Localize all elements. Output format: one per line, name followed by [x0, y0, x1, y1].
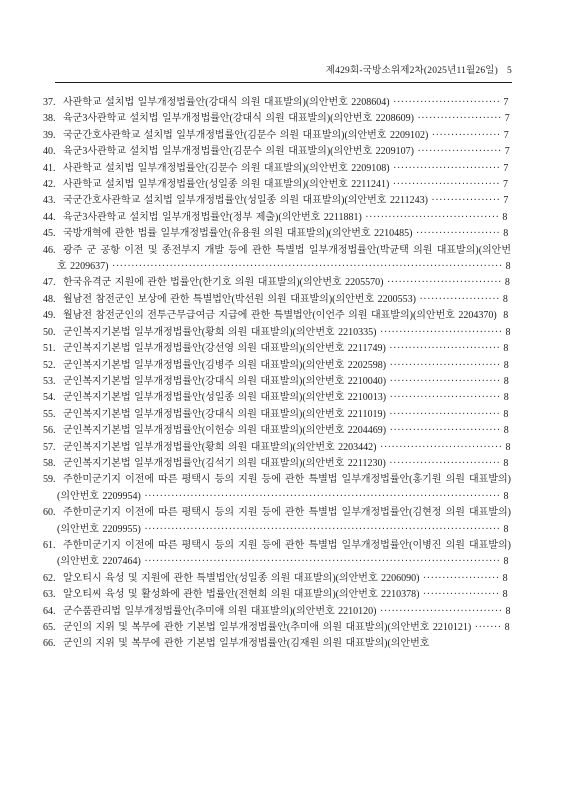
dot-leader: ···························· [393, 163, 500, 174]
toc-entry: 60.주한미군기지 이전에 따른 평택시 등의 지원 등에 관한 특별법 일부개… [43, 505, 511, 538]
toc-entry: 66.군인의 지위 및 복무에 관한 기본법 일부개정법률안(김재원 의원 대표… [43, 636, 511, 652]
entry-page-number: 7 [500, 195, 508, 206]
entry-title: 군인복지기본법 일부개정법률안(강대식 의원 대표발의)(의안번호 221101… [63, 409, 386, 420]
toc-entry: 63.알오티씨 육성 및 활성화에 관한 법률안(전현희 의원 대표발의)(의안… [43, 587, 511, 603]
toc-entry: 40.육군3사관학교 설치법 일부개정법률안(김문수 의원 대표발의)(의안번호… [43, 144, 511, 160]
entry-page-number: 8 [500, 458, 508, 469]
header-session-info: 제429회-국방소위제2차(2025년11월26일) [326, 66, 498, 76]
entry-page-number: 7 [500, 97, 508, 108]
entry-page-number: 7 [502, 113, 510, 124]
entry-page-number: 8 [503, 327, 511, 338]
entry-number: 52. [43, 358, 63, 374]
entry-page-number: 8 [501, 360, 509, 371]
dot-leader: ····························· [390, 392, 501, 403]
entry-page-number: 7 [502, 146, 510, 157]
toc-entry: 47.한국유격군 지원에 관한 법률안(한기호 의원 대표발의)(의안번호 22… [43, 275, 511, 291]
toc-entry: 59.주한미군기지 이전에 따른 평택시 등의 지원 등에 관한 특별법 일부개… [43, 472, 511, 505]
entry-number: 48. [43, 292, 63, 308]
toc-entry: 46.광주 군 공항 이전 및 종전부지 개발 등에 관한 특별법 일부개정법률… [43, 243, 511, 276]
entry-title: 군인의 지위 및 복무에 관한 기본법 일부개정법률안(추미애 의원 대표발의)… [63, 622, 471, 633]
dot-leader: ····························· [389, 343, 500, 354]
dot-leader: ····························· [390, 376, 501, 387]
dot-leader: ····························· [390, 425, 501, 436]
toc-entry: 44.육군3사관학교 설치법 일부개정법률안(정부 제출)(의안번호 22118… [43, 210, 511, 226]
dot-leader: ········································… [112, 261, 503, 272]
entry-number: 65. [43, 620, 63, 636]
entry-number: 56. [43, 423, 63, 439]
entry-title: 군인복지기본법 일부개정법률안(성일종 의원 대표발의)(의안번호 221001… [63, 392, 386, 403]
entry-page-number: 8 [499, 212, 507, 223]
entry-number: 42. [43, 177, 63, 193]
toc-entry: 45.국방개혁에 관한 법률 일부개정법률안(유용원 의원 대표발의)(의안번호… [43, 226, 511, 242]
entry-title: 한국유격군 지원에 관한 법률안(한기호 의원 대표발의)(의안번호 22055… [63, 277, 383, 288]
entry-number: 45. [43, 226, 63, 242]
dot-leader: ······· [475, 622, 502, 633]
entry-number: 66. [43, 636, 63, 652]
entry-page-number: 7 [501, 130, 509, 141]
entry-title: 월남전 참전군인 보상에 관한 특별법안(박선원 의원 대표발의)(의안번호 2… [63, 294, 416, 305]
entry-number: 47. [43, 275, 63, 291]
entry-number: 64. [43, 604, 63, 620]
dot-leader: ····························· [389, 409, 500, 420]
entry-number: 60. [43, 505, 63, 521]
entry-title: 국군간호사관학교 설치법 일부개정법률안(김문수 의원 대표발의)(의안번호 2… [63, 130, 428, 141]
toc-entry: 38.육군3사관학교 설치법 일부개정법률안(강대식 의원 대표발의)(의안번호… [43, 111, 511, 127]
toc-entry: 55.군인복지기본법 일부개정법률안(강대식 의원 대표발의)(의안번호 221… [43, 407, 511, 423]
entry-title: 알오티씨 육성 및 활성화에 관한 법률안(전현희 의원 대표발의)(의안번호 … [63, 589, 419, 600]
entry-title: 군인복지기본법 일부개정법률안(김병주 의원 대표발의)(의안번호 220259… [63, 360, 386, 371]
entry-page-number: 8 [500, 310, 508, 321]
entry-number: 50. [43, 325, 63, 341]
entry-page-number: 8 [502, 277, 510, 288]
toc-entry: 51.군인복지기본법 일부개정법률안(강선영 의원 대표발의)(의안번호 221… [43, 341, 511, 357]
entry-page-number: 8 [503, 606, 511, 617]
entry-title: 사관학교 설치법 일부개정법률안(김문수 의원 대표발의)(의안번호 22091… [63, 163, 390, 174]
entry-page-number: 8 [501, 556, 509, 567]
entry-page-number: 8 [500, 589, 508, 600]
entry-title: 군인복지기본법 일부개정법률안(강대식 의원 대표발의)(의안번호 221004… [63, 376, 386, 387]
entry-title: 국방개혁에 관한 법률 일부개정법률안(유용원 의원 대표발의)(의안번호 22… [63, 228, 412, 239]
entry-number: 57. [43, 440, 63, 456]
entry-page-number: 8 [501, 524, 509, 535]
entry-page-number: 7 [500, 179, 508, 190]
entry-number: 41. [43, 161, 63, 177]
entry-number: 55. [43, 407, 63, 423]
entry-title: 군인복지기본법 일부개정법률안(황희 의원 대표발의)(의안번호 2203442… [63, 442, 376, 453]
entry-number: 46. [43, 243, 63, 259]
entry-page-number: 8 [500, 573, 508, 584]
toc-entry: 53.군인복지기본법 일부개정법률안(강대식 의원 대표발의)(의안번호 221… [43, 374, 511, 390]
entry-number: 38. [43, 111, 63, 127]
entry-title: 월남전 참전군인의 전투근무급여금 지급에 관한 특별법안(이언주 의원 대표발… [63, 310, 497, 321]
toc-entry: 41.사관학교 설치법 일부개정법률안(김문수 의원 대표발의)(의안번호 22… [43, 161, 511, 177]
toc-entry: 39.국군간호사관학교 설치법 일부개정법률안(김문수 의원 대표발의)(의안번… [43, 128, 511, 144]
dot-leader: ································ [380, 606, 503, 617]
entry-title: 사관학교 설치법 일부개정법률안(성일종 의원 대표발의)(의안번호 22112… [63, 179, 389, 190]
toc-entry: 61.주한미군기지 이전에 따른 평택시 등의 지원 등에 관한 특별법 일부개… [43, 538, 511, 571]
dot-leader: ······················ [417, 146, 501, 157]
dot-leader: ········································… [144, 491, 500, 502]
dot-leader: ···························· [393, 97, 500, 108]
dot-leader: ··································· [365, 212, 499, 223]
toc-entry: 65.군인의 지위 및 복무에 관한 기본법 일부개정법률안(추미애 의원 대표… [43, 620, 511, 636]
dot-leader: ······················ [416, 228, 500, 239]
toc-entry: 42.사관학교 설치법 일부개정법률안(성일종 의원 대표발의)(의안번호 22… [43, 177, 511, 193]
entry-title: 육군3사관학교 설치법 일부개정법률안(김문수 의원 대표발의)(의안번호 22… [63, 146, 414, 157]
entry-number: 62. [43, 571, 63, 587]
entry-number: 43. [43, 193, 63, 209]
entry-title: 육군3사관학교 설치법 일부개정법률안(강대식 의원 대표발의)(의안번호 22… [63, 113, 414, 124]
dot-leader: ······························ [387, 277, 502, 288]
dot-leader: ······················ [417, 113, 501, 124]
dot-leader: ································ [380, 442, 503, 453]
entry-page-number: 8 [500, 228, 508, 239]
entry-page-number: 8 [502, 622, 510, 633]
entry-title: 사관학교 설치법 일부개정법률안(강대식 의원 대표발의)(의안번호 22086… [63, 97, 390, 108]
entry-number: 53. [43, 374, 63, 390]
toc-entry: 49.월남전 참전군인의 전투근무급여금 지급에 관한 특별법안(이언주 의원 … [43, 308, 511, 324]
toc-entry: 37.사관학교 설치법 일부개정법률안(강대식 의원 대표발의)(의안번호 22… [43, 95, 511, 111]
entry-number: 63. [43, 587, 63, 603]
entry-title: 군인복지기본법 일부개정법률안(황희 의원 대표발의)(의안번호 2210335… [63, 327, 376, 338]
entry-page-number: 8 [503, 442, 511, 453]
entry-number: 39. [43, 128, 63, 144]
toc-entry: 57.군인복지기본법 일부개정법률안(황희 의원 대표발의)(의안번호 2203… [43, 440, 511, 456]
dot-leader: ································ [380, 327, 503, 338]
toc-entry: 64.군수품관리법 일부개정법률안(추미애 의원 대표발의)(의안번호 2210… [43, 604, 511, 620]
entry-title: 육군3사관학교 설치법 일부개정법률안(정부 제출)(의안번호 2211881) [63, 212, 362, 223]
dot-leader: ····························· [390, 360, 501, 371]
entry-page-number: 8 [500, 409, 508, 420]
dot-leader: ········································… [144, 524, 500, 535]
entry-number: 44. [43, 210, 63, 226]
entry-page-number: 8 [501, 376, 509, 387]
toc-list: 37.사관학교 설치법 일부개정법률안(강대식 의원 대표발의)(의안번호 22… [43, 95, 511, 653]
entry-title: 군인복지기본법 일부개정법률안(이헌승 의원 대표발의)(의안번호 220446… [63, 425, 386, 436]
entry-number: 58. [43, 456, 63, 472]
entry-title: 군수품관리법 일부개정법률안(추미애 의원 대표발의)(의안번호 2210120… [63, 606, 376, 617]
entry-number: 37. [43, 95, 63, 111]
entry-number: 61. [43, 538, 63, 554]
dot-leader: ········································… [144, 556, 500, 567]
toc-entry: 62.알오티시 육성 및 지원에 관한 특별법안(성일종 의원 대표발의)(의안… [43, 571, 511, 587]
dot-leader: ···················· [423, 589, 500, 600]
entry-title: 군인복지기본법 일부개정법률안(강선영 의원 대표발의)(의안번호 221174… [63, 343, 386, 354]
entry-page-number: 8 [501, 392, 509, 403]
header-page-number: 5 [507, 66, 512, 76]
entry-page-number: 8 [503, 261, 511, 272]
toc-entry: 56.군인복지기본법 일부개정법률안(이헌승 의원 대표발의)(의안번호 220… [43, 423, 511, 439]
entry-page-number: 8 [500, 343, 508, 354]
toc-entry: 58.군인복지기본법 일부개정법률안(김석기 의원 대표발의)(의안번호 221… [43, 456, 511, 472]
dot-leader: ····················· [419, 294, 499, 305]
entry-number: 49. [43, 308, 63, 324]
entry-page-number: 8 [501, 425, 509, 436]
entry-title: 군인복지기본법 일부개정법률안(김석기 의원 대표발의)(의안번호 221123… [63, 458, 386, 469]
entry-title: 알오티시 육성 및 지원에 관한 특별법안(성일종 의원 대표발의)(의안번호 … [63, 573, 419, 584]
entry-page-number: 8 [500, 294, 508, 305]
dot-leader: ···························· [393, 179, 500, 190]
entry-number: 54. [43, 390, 63, 406]
entry-number: 51. [43, 341, 63, 357]
page-header: 제429회-국방소위제2차(2025년11월26일)5 [55, 62, 512, 83]
entry-number: 40. [43, 144, 63, 160]
toc-entry: 52.군인복지기본법 일부개정법률안(김병주 의원 대표발의)(의안번호 220… [43, 358, 511, 374]
toc-entry: 48.월남전 참전군인 보상에 관한 특별법안(박선원 의원 대표발의)(의안번… [43, 292, 511, 308]
toc-entry: 54.군인복지기본법 일부개정법률안(성일종 의원 대표발의)(의안번호 221… [43, 390, 511, 406]
document-page: { "header": { "session_info": "제429회-국방소… [0, 0, 566, 800]
entry-page-number: 8 [501, 491, 509, 502]
dot-leader: ···················· [423, 573, 500, 584]
dot-leader: ·················· [432, 130, 501, 141]
entry-page-number: 7 [500, 163, 508, 174]
dot-leader: ·················· [431, 195, 500, 206]
entry-title: 군인의 지위 및 복무에 관한 기본법 일부개정법률안(김재원 의원 대표발의)… [63, 638, 429, 649]
page-background: 제429회-국방소위제2차(2025년11월26일)5 37.사관학교 설치법 … [0, 0, 566, 800]
dot-leader: ····························· [389, 458, 500, 469]
entry-title: 국군간호사관학교 설치법 일부개정법률안(성일종 의원 대표발의)(의안번호 2… [63, 195, 428, 206]
toc-entry: 43.국군간호사관학교 설치법 일부개정법률안(성일종 의원 대표발의)(의안번… [43, 193, 511, 209]
entry-number: 59. [43, 472, 63, 488]
toc-entry: 50.군인복지기본법 일부개정법률안(황희 의원 대표발의)(의안번호 2210… [43, 325, 511, 341]
